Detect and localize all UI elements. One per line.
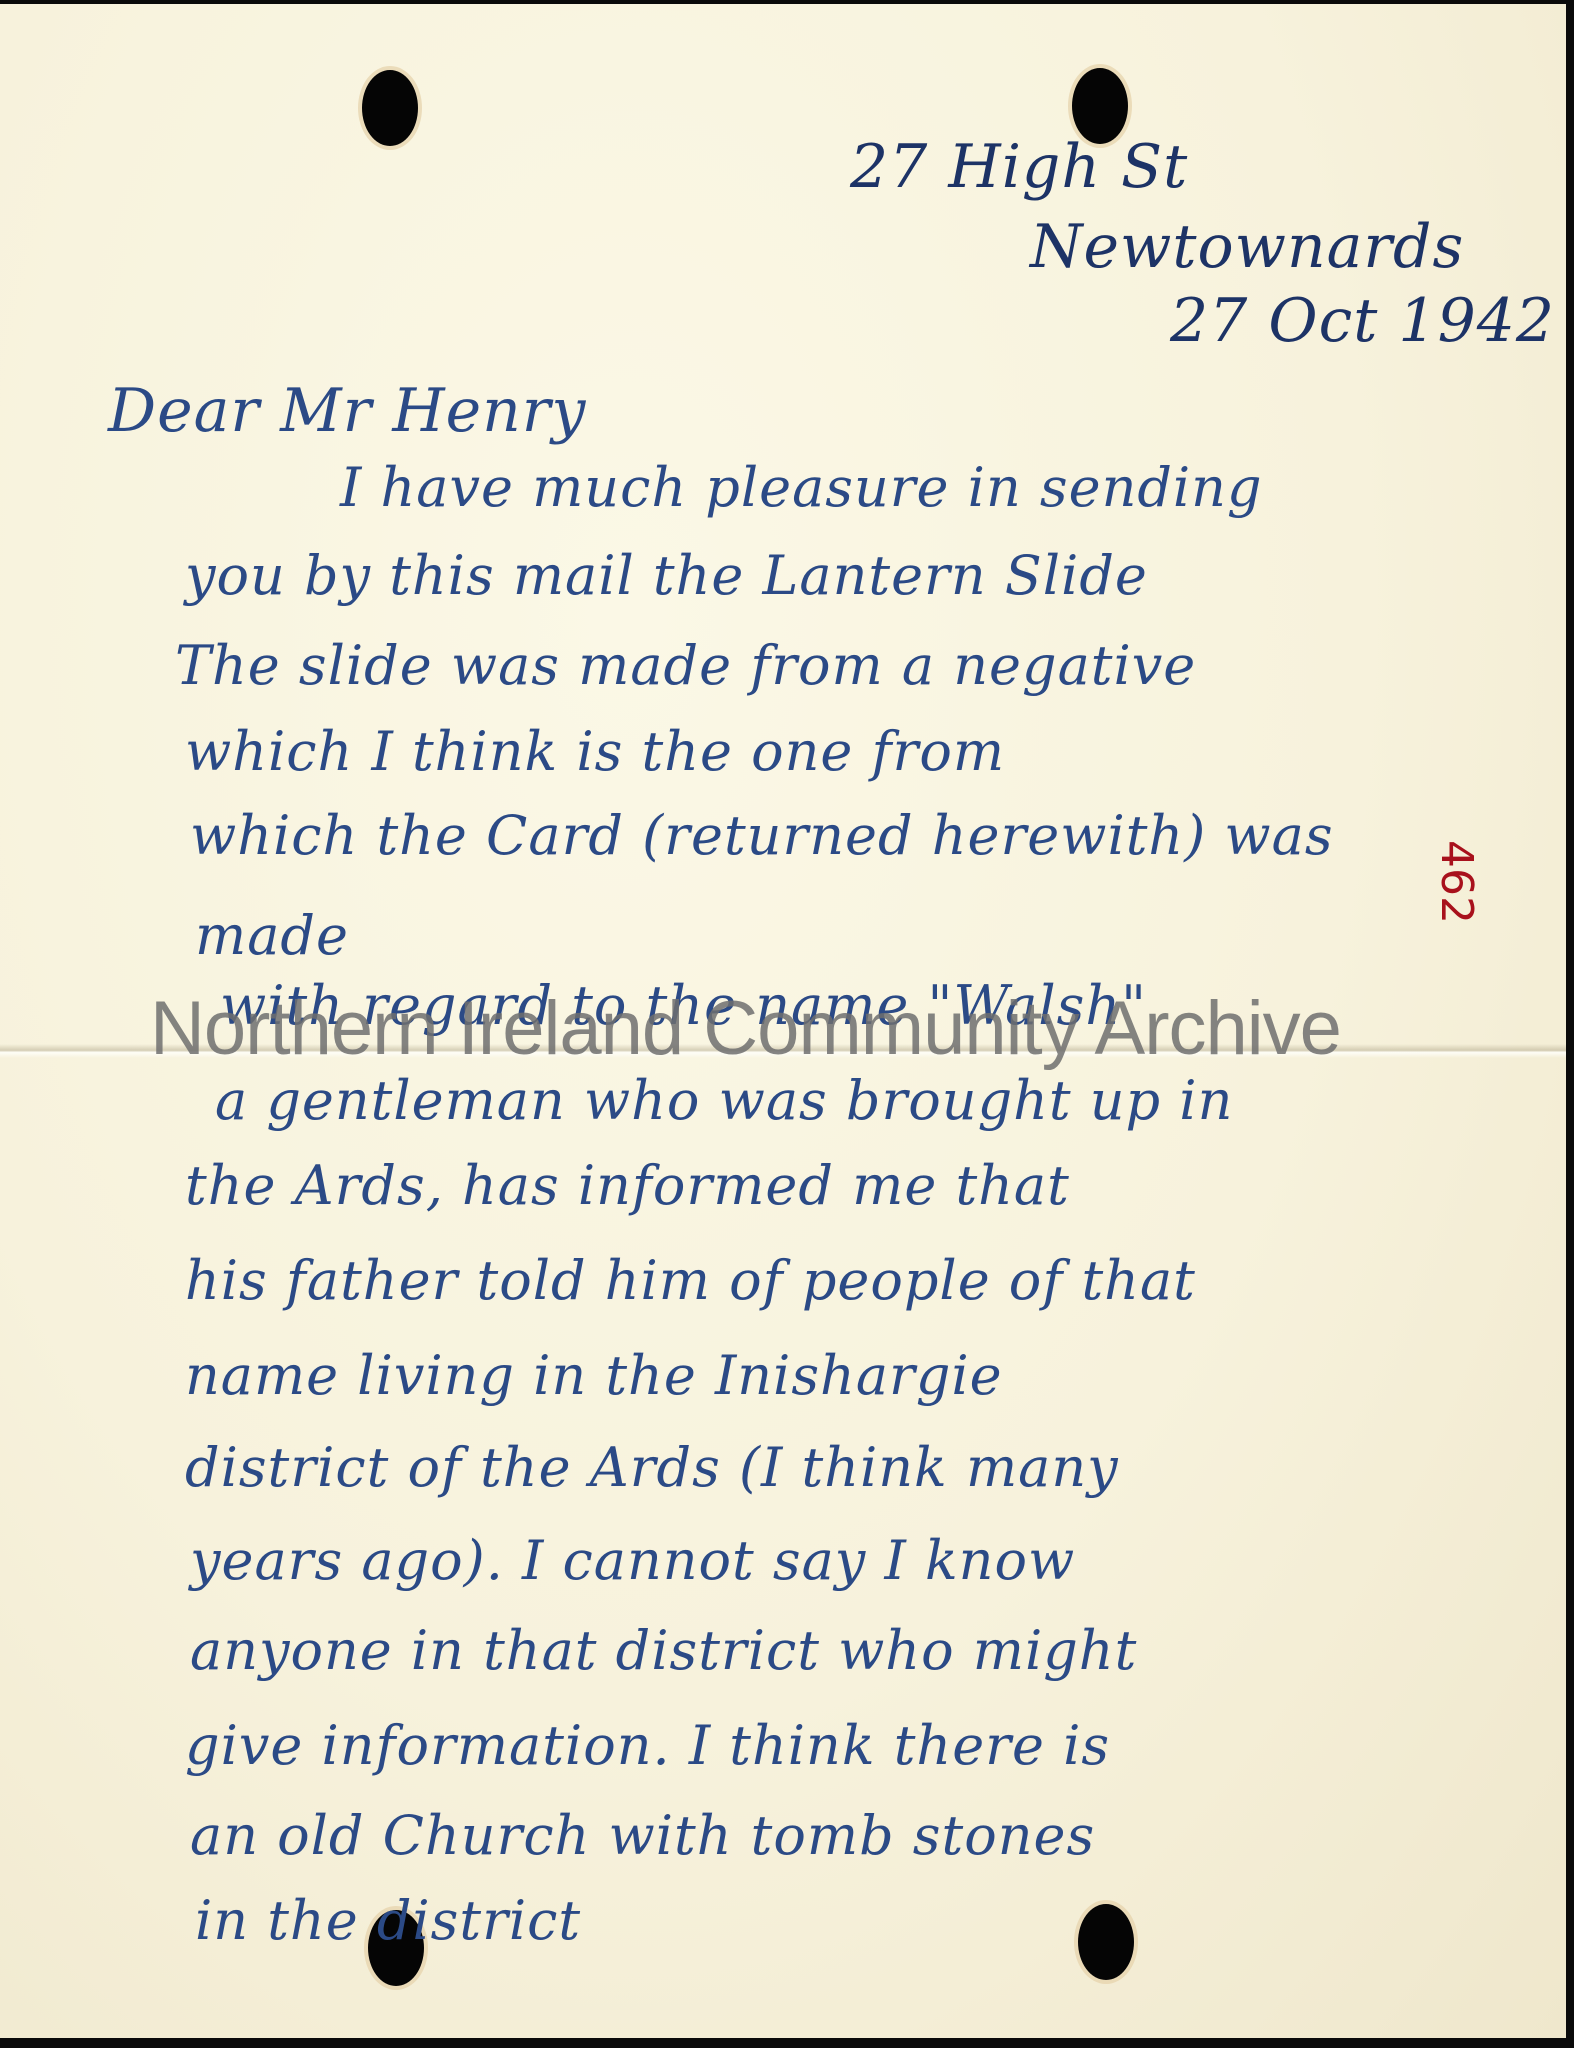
archive-watermark: Northern Ireland Community Archive bbox=[150, 985, 1341, 1072]
body-line: district of the Ards (I think many bbox=[185, 1436, 1119, 1499]
salutation: Dear Mr Henry bbox=[108, 376, 586, 446]
punch-hole-bottom-right bbox=[1078, 1904, 1134, 1980]
archive-reference-number: 462 bbox=[1431, 840, 1482, 924]
body-line: which I think is the one from bbox=[185, 720, 1005, 783]
body-line: in the district bbox=[195, 1889, 581, 1952]
body-line: I have much pleasure in sending bbox=[340, 456, 1263, 519]
body-line: which the Card (returned herewith) was bbox=[190, 804, 1334, 867]
address-town: Newtownards bbox=[1030, 212, 1464, 282]
body-line: a gentleman who was brought up in bbox=[215, 1069, 1233, 1132]
body-line: anyone in that district who might bbox=[190, 1619, 1137, 1682]
body-line: made bbox=[195, 904, 349, 967]
body-line: give information. I think there is bbox=[185, 1714, 1110, 1777]
letter-date: 27 Oct 1942 bbox=[1170, 286, 1555, 356]
punch-hole-top-left bbox=[362, 70, 418, 146]
body-line: the Ards, has informed me that bbox=[185, 1154, 1070, 1217]
body-line: an old Church with tomb stones bbox=[190, 1804, 1095, 1867]
body-line: name living in the Inishargie bbox=[185, 1344, 1003, 1407]
body-line: his father told him of people of that bbox=[185, 1249, 1196, 1312]
body-line: you by this mail the Lantern Slide bbox=[185, 544, 1148, 607]
address-street: 27 High St bbox=[850, 132, 1188, 202]
body-line: The slide was made from a negative bbox=[175, 634, 1196, 697]
body-line: years ago). I cannot say I know bbox=[190, 1529, 1075, 1592]
